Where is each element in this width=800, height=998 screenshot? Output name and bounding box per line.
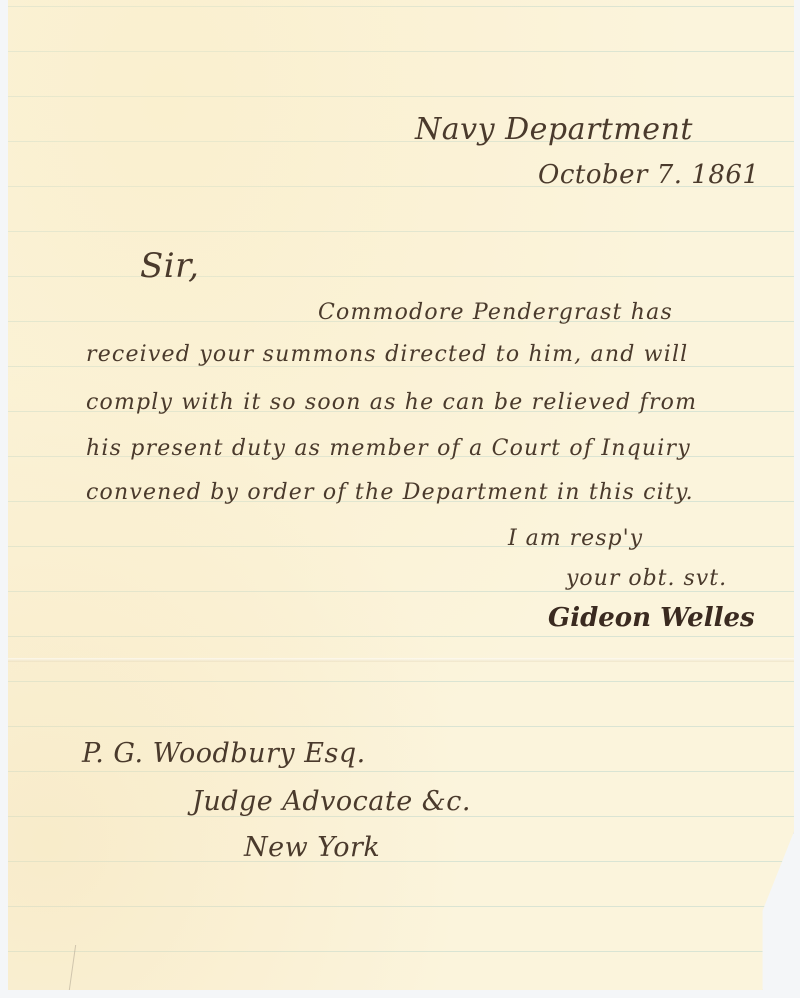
- signature: Gideon Welles: [548, 603, 755, 633]
- closing-line-1: I am resp'y: [508, 526, 643, 551]
- paper-fold-crease: [8, 658, 794, 662]
- body-line-3: comply with it so soon as he can be reli…: [86, 390, 697, 415]
- addressee-title: Judge Advocate &c.: [192, 786, 471, 817]
- body-line-4: his present duty as member of a Court of…: [86, 436, 691, 461]
- letter-date: October 7. 1861: [538, 160, 759, 190]
- closing-line-2: your obt. svt.: [566, 566, 727, 591]
- addressee-name: P. G. Woodbury Esq.: [82, 738, 366, 769]
- body-line-2: received your summons directed to him, a…: [86, 342, 688, 367]
- addressee-location: New York: [244, 832, 380, 863]
- body-line-5: convened by order of the Department in t…: [86, 480, 694, 505]
- letterhead-place: Navy Department: [415, 112, 693, 147]
- body-line-1: Commodore Pendergrast has: [318, 300, 673, 325]
- salutation: Sir,: [140, 246, 200, 286]
